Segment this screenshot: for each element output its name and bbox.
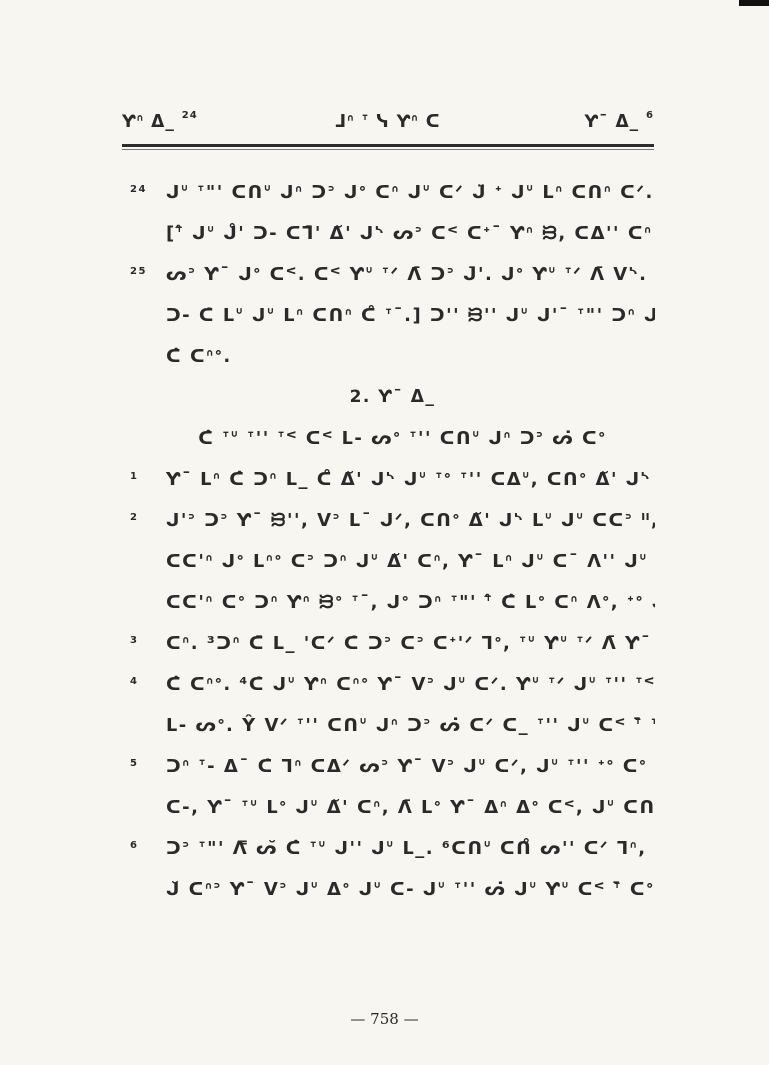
line-text: ᒍ̆ ᑕᐢᐣ Ƴ¯ ᐯᐣ ᒍᐡ ᐃᐤ ᒍᐡ ᑕ- ᒍᐡ ᐪ'' ᔕ̇ ᒍᐡ Ƴᐡ… bbox=[166, 879, 655, 900]
body-text: 24ᒍᐡ ᐪ"' ᑕᑎᐡ ᒍᐢ ᑐᐣ ᒍᐤ ᑕᐢ ᒍᐡ ᑕᐟ ᒍ̈ ᐩ ᒍᐡ ᒪ… bbox=[130, 172, 655, 910]
header-rule-thin bbox=[122, 149, 654, 150]
line-text: ᑕᑕ'ᐢ ᑕᐤ ᑐᐢ Ƴᐢ ᙣᐤ ᐪ¯, ᒍᐤ ᑐᐢ ᐪ"' ᐪ̂ ᑕ̂ ᒪᐤ … bbox=[166, 592, 655, 613]
line-text: ᔕᐣ Ƴ¯ ᒍᐤ ᑕᑉ. ᑕᑉ Ƴᐡ ᐪᐟ ᐱ̄ ᑐᐣ ᒍ̄'. ᒍᐤ Ƴᐡ ᐪ… bbox=[166, 264, 655, 285]
line-text: ᒪ- ᔕᐤ. Ŷ ᐯᐟ ᐪ'' ᑕᑎᐡ ᒍᐢ ᑐᐣ ᔕ̇ ᑕᐟ ᑕ_ ᐪ'' ᒍ… bbox=[166, 715, 655, 736]
header-center: ᒧᐢ ᐪ ᓭ Ƴᐢ ᑕ bbox=[122, 112, 654, 132]
verse-number: 4 bbox=[130, 664, 138, 702]
text-line: 1Ƴ¯ ᒪᐢ ᑕ̂ ᑐᐢ ᒪ_ ᑕ̊ ᐃ̆' ᒍᔅ ᒍᐡ ᐪᐤ ᐪ'' ᑕᐃᐡ,… bbox=[130, 459, 655, 500]
text-line: ᒪ- ᔕᐤ. Ŷ ᐯᐟ ᐪ'' ᑕᑎᐡ ᒍᐢ ᑐᐣ ᔕ̇ ᑕᐟ ᑕ_ ᐪ'' ᒍ… bbox=[130, 705, 655, 746]
line-text: ᑕᑕ'ᐢ ᒍᐤ ᒪᐢᐤ ᑕᐣ ᑐᐢ ᒍᐡ ᐃ̆' ᑕᐢ, Ƴ¯ ᒪᐢ ᒍᐡ ᑕ¯… bbox=[166, 551, 655, 572]
line-text: ᑕᐢ. ³ᑐᐢ ᑕ̄ ᒪ_ 'ᑕᐟ ᑕ̇ ᑐᐣ ᑕᐣ ᑕᐩ'ᐟ ᒣᐤ, ᐪᐡ Ƴ… bbox=[166, 633, 655, 654]
verse-number: 1 bbox=[130, 459, 138, 497]
text-line: 4ᑕ̂ ᑕᐢᐤ. ⁴ᑕ̇ ᒍᐡ Ƴᐢ ᑕᐢᐤ Ƴ¯ ᐯᐣ ᒍᐡ ᑕᐟ. Ƴᐡ ᐪ… bbox=[130, 664, 655, 705]
text-line: 3ᑕᐢ. ³ᑐᐢ ᑕ̄ ᒪ_ 'ᑕᐟ ᑕ̇ ᑐᐣ ᑕᐣ ᑕᐩ'ᐟ ᒣᐤ, ᐪᐡ … bbox=[130, 623, 655, 664]
line-text: ᑐᐢ ᐪ- ᐃ¯ ᑕ̇ ᒣᐢ ᑕᐃᐟ ᔕᐣ Ƴ¯ ᐯᐣ ᒍᐡ ᑕᐟ, ᒍᐡ ᐪ'… bbox=[166, 756, 655, 777]
text-line: 2ᒍ'ᐣ ᑐᐣ Ƴ¯ ᙣ'', ᐯᐣ ᒪ¯ ᒍᐟ, ᑕᑎᐤ ᐃ̆' ᒍᔅ ᒪᐡ … bbox=[130, 500, 655, 541]
header-right-text: Ƴ¯ ᐃ_ bbox=[584, 112, 639, 132]
section-subtitle: ᑕ̂ ᐪᐡ ᐪ'' ᐪᑉ ᑕᑉ ᒪ- ᔕᐤ ᐪ'' ᑕᑎᐡ ᒍᐢ ᑐᐣ ᔕ̇ ᑕ… bbox=[130, 418, 655, 459]
header-right-number: 6 bbox=[646, 110, 654, 121]
text-line: 25ᔕᐣ Ƴ¯ ᒍᐤ ᑕᑉ. ᑕᑉ Ƴᐡ ᐪᐟ ᐱ̄ ᑐᐣ ᒍ̄'. ᒍᐤ Ƴᐡ… bbox=[130, 254, 655, 295]
verse-number: 24 bbox=[130, 172, 147, 210]
line-text: ᑐᐣ ᐪ"' ᐱ̿ ᔕ̆ ᑕ̂ ᐪᐡ ᒍ'' ᒍᐡ ᒪ_. ⁶ᑕᑎᐡ ᑕᑎ̊ ᔕ… bbox=[166, 838, 655, 859]
section-title: 2. Ƴ¯ ᐃ_ bbox=[130, 377, 655, 418]
text-line: ᑕ̂ ᑕᐢᐤ. bbox=[130, 336, 655, 377]
scan-corner-mark bbox=[739, 0, 769, 6]
header-rule bbox=[122, 144, 654, 147]
text-line: ᑕᑕ'ᐢ ᒍᐤ ᒪᐢᐤ ᑕᐣ ᑐᐢ ᒍᐡ ᐃ̆' ᑕᐢ, Ƴ¯ ᒪᐢ ᒍᐡ ᑕ¯… bbox=[130, 541, 655, 582]
text-line: ᑐ- ᑕ̇ ᒪᐡ ᒍᐡ ᒪᐢ ᑕᑎᐢ ᑕ̊ ᐪ¯.] ᑐ'' ᙣ'' ᒍᐡ ᒍ'… bbox=[130, 295, 655, 336]
verse-number: 25 bbox=[130, 254, 147, 292]
line-text: ᒍ'ᐣ ᑐᐣ Ƴ¯ ᙣ'', ᐯᐣ ᒪ¯ ᒍᐟ, ᑕᑎᐤ ᐃ̆' ᒍᔅ ᒪᐡ ᒍ… bbox=[166, 510, 655, 531]
text-line: 5ᑐᐢ ᐪ- ᐃ¯ ᑕ̇ ᒣᐢ ᑕᐃᐟ ᔕᐣ Ƴ¯ ᐯᐣ ᒍᐡ ᑕᐟ, ᒍᐡ ᐪ… bbox=[130, 746, 655, 787]
line-text: [ᐪ̂ ᒍᐡ ᒍ̊' ᑐ- ᑕᒣ̄' ᐃ̆' ᒍᔅ ᔕᐣ ᑕᑉ ᑕᐩ¯ Ƴᐢ ᙣ… bbox=[166, 223, 655, 244]
verse-number: 3 bbox=[130, 623, 138, 661]
line-text: ᑕ̂ ᑕᐢᐤ. bbox=[166, 346, 232, 367]
line-text: ᑕ̂ ᑕᐢᐤ. ⁴ᑕ̇ ᒍᐡ Ƴᐢ ᑕᐢᐤ Ƴ¯ ᐯᐣ ᒍᐡ ᑕᐟ. Ƴᐡ ᐪᐟ… bbox=[166, 674, 655, 695]
line-text: 2. Ƴ¯ ᐃ_ bbox=[350, 387, 436, 407]
running-header: Ƴᐢ ᐃ_ 24 ᒧᐢ ᐪ ᓭ Ƴᐢ ᑕ Ƴ¯ ᐃ_ 6 bbox=[122, 112, 654, 138]
text-line: [ᐪ̂ ᒍᐡ ᒍ̊' ᑐ- ᑕᒣ̄' ᐃ̆' ᒍᔅ ᔕᐣ ᑕᑉ ᑕᐩ¯ Ƴᐢ ᙣ… bbox=[130, 213, 655, 254]
text-line: 6ᑐᐣ ᐪ"' ᐱ̿ ᔕ̆ ᑕ̂ ᐪᐡ ᒍ'' ᒍᐡ ᒪ_. ⁶ᑕᑎᐡ ᑕᑎ̊ … bbox=[130, 828, 655, 869]
text-line: ᑕᑕ'ᐢ ᑕᐤ ᑐᐢ Ƴᐢ ᙣᐤ ᐪ¯, ᒍᐤ ᑐᐢ ᐪ"' ᐪ̂ ᑕ̂ ᒪᐤ … bbox=[130, 582, 655, 623]
text-line: ᑕ-, Ƴ¯ ᐪᐡ ᒪᐤ ᒍᐡ ᐃ̆' ᑕᐢ, ᐱ̄ ᒪᐤ Ƴ¯ ᐃᐢ ᐃᐤ ᑕ… bbox=[130, 787, 655, 828]
line-text: ᑕ̂ ᐪᐡ ᐪ'' ᐪᑉ ᑕᑉ ᒪ- ᔕᐤ ᐪ'' ᑕᑎᐡ ᒍᐢ ᑐᐣ ᔕ̇ ᑕ… bbox=[198, 428, 607, 449]
text-line: ᒍ̆ ᑕᐢᐣ Ƴ¯ ᐯᐣ ᒍᐡ ᐃᐤ ᒍᐡ ᑕ- ᒍᐡ ᐪ'' ᔕ̇ ᒍᐡ Ƴᐡ… bbox=[130, 869, 655, 910]
verse-number: 5 bbox=[130, 746, 138, 784]
line-text: Ƴ¯ ᒪᐢ ᑕ̂ ᑐᐢ ᒪ_ ᑕ̊ ᐃ̆' ᒍᔅ ᒍᐡ ᐪᐤ ᐪ'' ᑕᐃᐡ, … bbox=[166, 469, 655, 490]
header-right: Ƴ¯ ᐃ_ 6 bbox=[584, 112, 654, 132]
line-text: ᑕ-, Ƴ¯ ᐪᐡ ᒪᐤ ᒍᐡ ᐃ̆' ᑕᐢ, ᐱ̄ ᒪᐤ Ƴ¯ ᐃᐢ ᐃᐤ ᑕ… bbox=[166, 797, 655, 818]
page-number: — 758 — bbox=[0, 1010, 769, 1028]
line-text: ᒍᐡ ᐪ"' ᑕᑎᐡ ᒍᐢ ᑐᐣ ᒍᐤ ᑕᐢ ᒍᐡ ᑕᐟ ᒍ̈ ᐩ ᒍᐡ ᒪᐢ … bbox=[166, 182, 655, 203]
text-line: 24ᒍᐡ ᐪ"' ᑕᑎᐡ ᒍᐢ ᑐᐣ ᒍᐤ ᑕᐢ ᒍᐡ ᑕᐟ ᒍ̈ ᐩ ᒍᐡ ᒪ… bbox=[130, 172, 655, 213]
verse-number: 2 bbox=[130, 500, 138, 538]
verse-number: 6 bbox=[130, 828, 138, 866]
line-text: ᑐ- ᑕ̇ ᒪᐡ ᒍᐡ ᒪᐢ ᑕᑎᐢ ᑕ̊ ᐪ¯.] ᑐ'' ᙣ'' ᒍᐡ ᒍ'… bbox=[166, 305, 655, 326]
